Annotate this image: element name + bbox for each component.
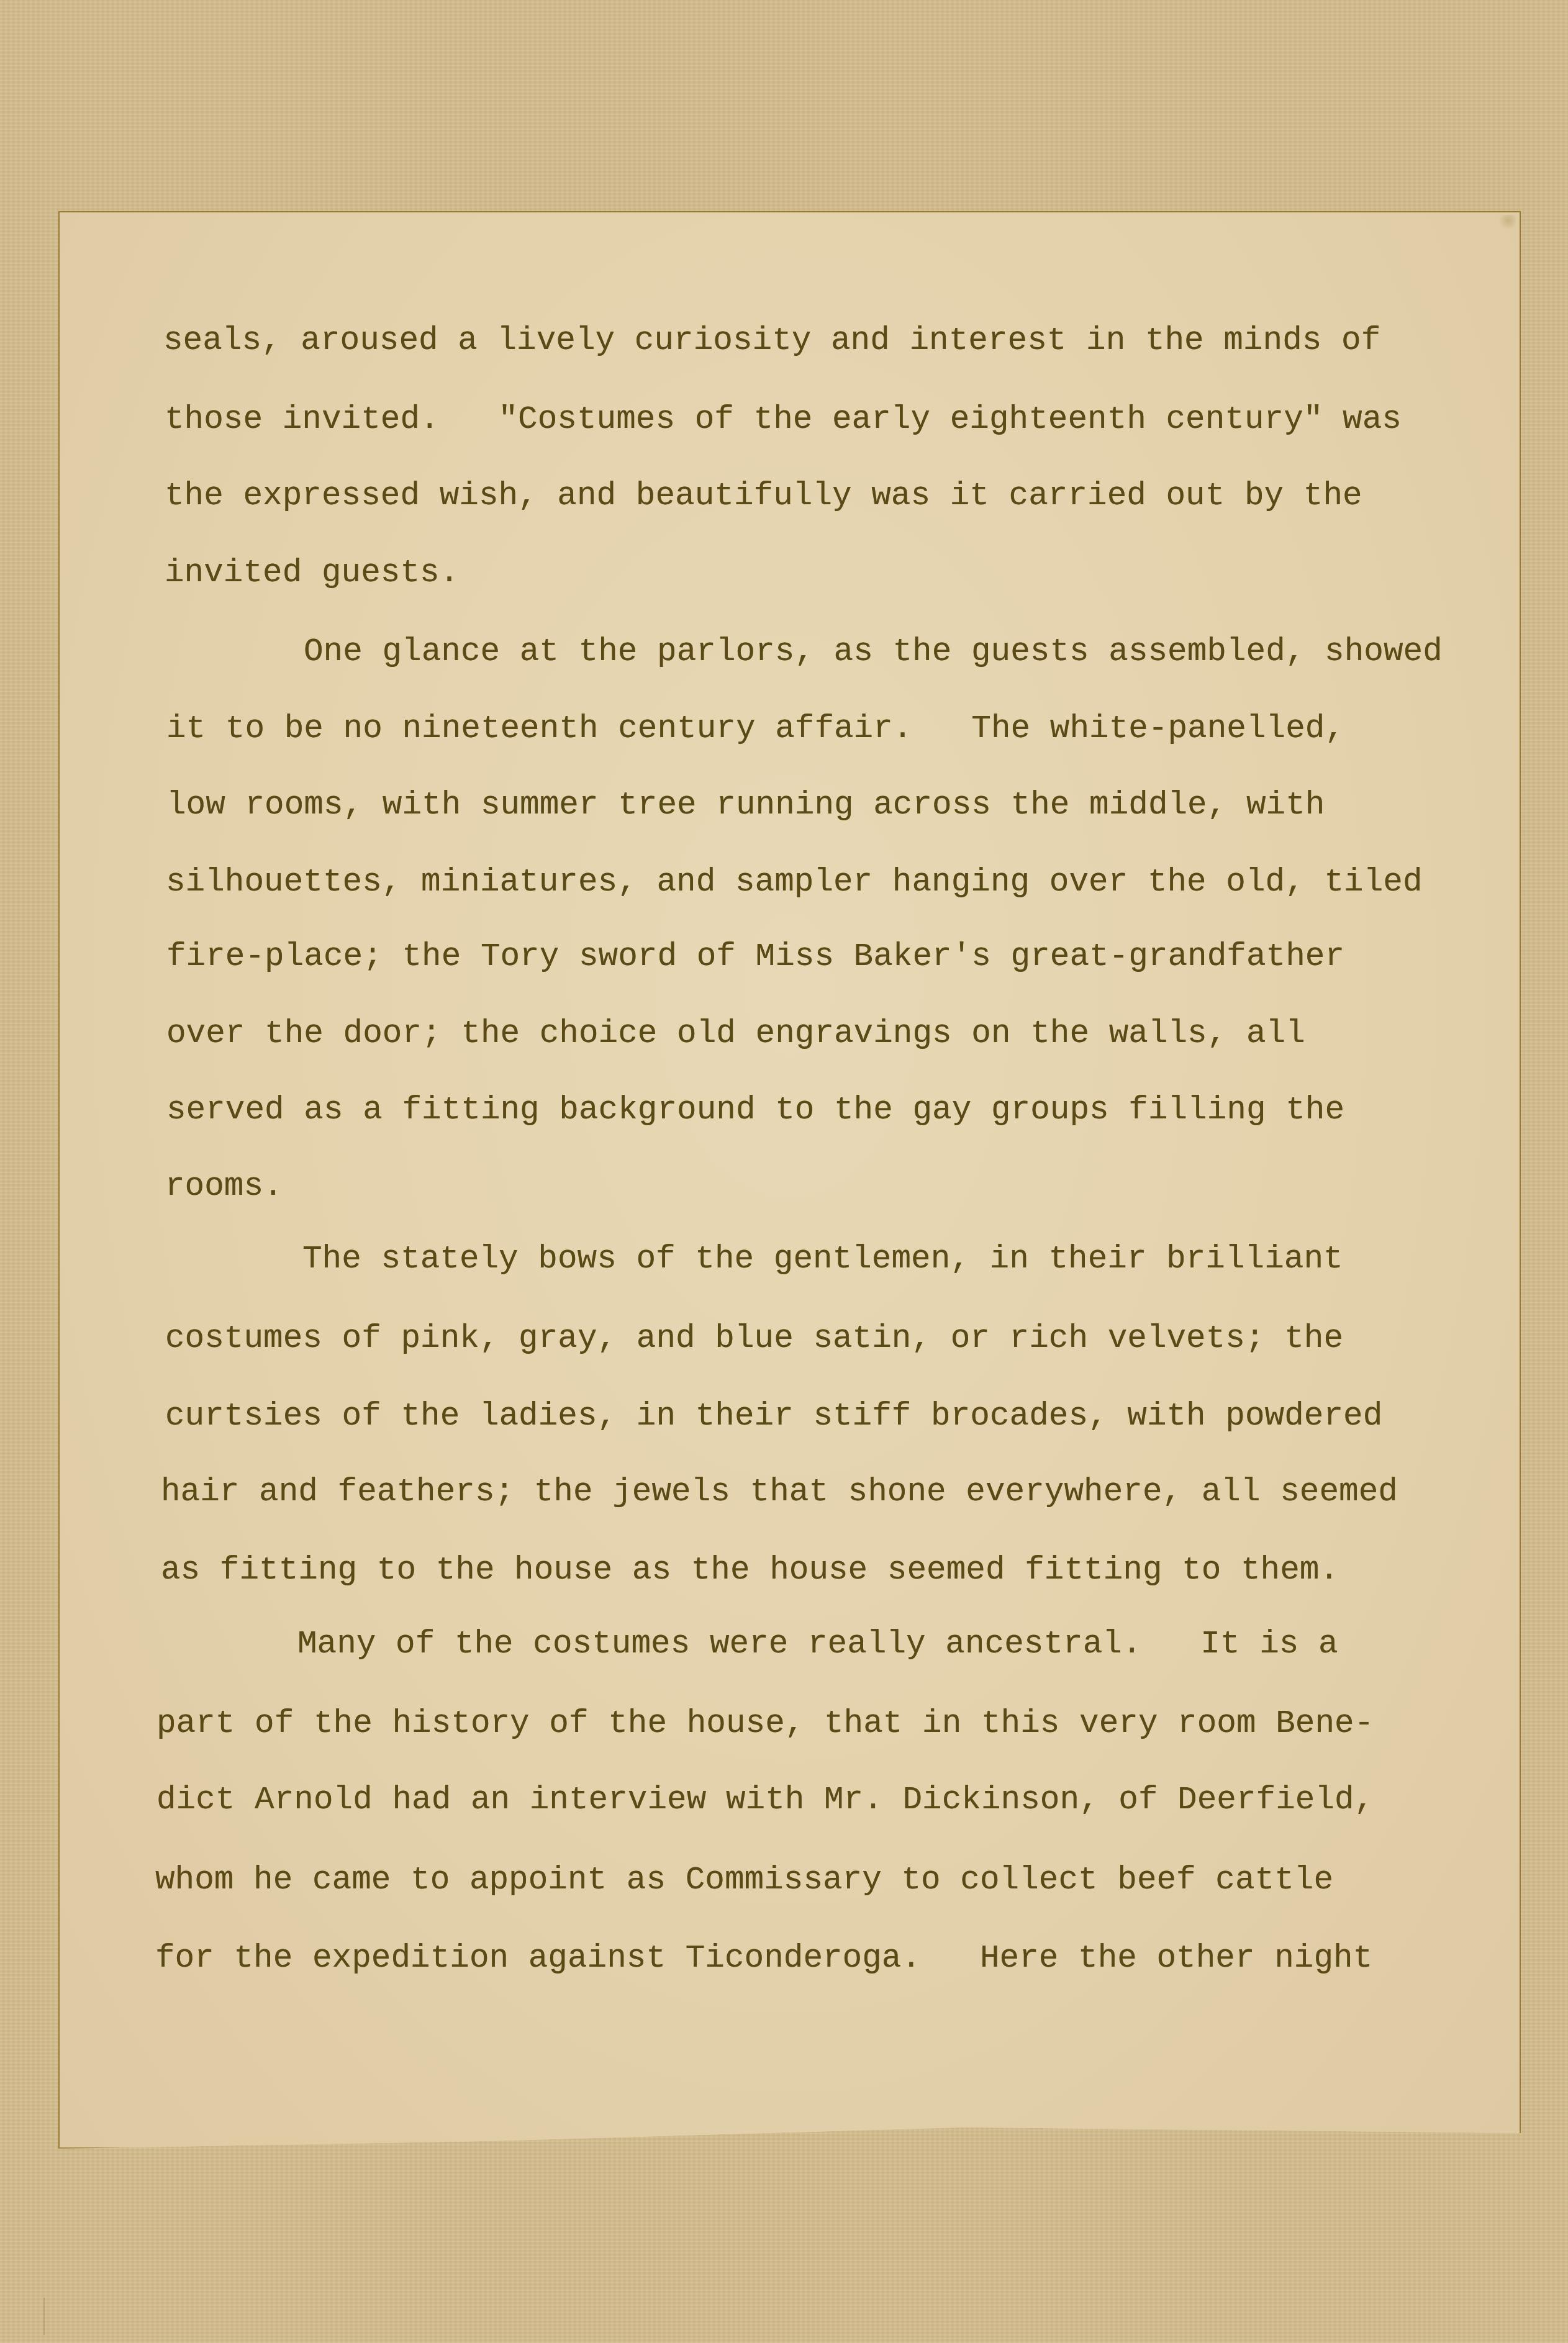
text-line: those invited. "Costumes of the early ei… [165,403,1402,436]
text-line: part of the history of the house, that i… [156,1707,1374,1740]
text-line: rooms. [165,1170,283,1203]
text-line: dict Arnold had an interview with Mr. Di… [156,1783,1374,1816]
text-line: curtsies of the ladies, in their stiff b… [165,1400,1382,1433]
text-line: as fitting to the house as the house see… [161,1554,1339,1587]
paragraph-start-line: Many of the costumes were really ancestr… [140,1628,1338,1661]
text-line: the expressed wish, and beautifully was … [165,479,1362,512]
paragraph-start-line: One glance at the parlors, as the guests… [147,635,1443,668]
text-line: served as a fitting background to the ga… [166,1094,1344,1126]
text-line: for the expedition against Ticonderoga. … [155,1942,1372,1975]
text-line: over the door; the choice old engravings… [166,1017,1305,1050]
text-line: costumes of pink, gray, and blue satin, … [165,1322,1343,1355]
text-line: low rooms, with summer tree running acro… [166,789,1325,822]
text-line: fire-place; the Tory sword of Miss Baker… [166,940,1344,973]
text-line: hair and feathers; the jewels that shone… [161,1475,1398,1508]
paragraph-start-line: The stately bows of the gentlemen, in th… [145,1243,1343,1276]
mat-scratch [43,2298,45,2335]
text-line: it to be no nineteenth century affair. T… [166,712,1344,745]
text-line: silhouettes, miniatures, and sampler han… [166,866,1423,899]
text-line: invited guests. [165,556,459,589]
text-line: whom he came to appoint as Commissary to… [155,1864,1333,1897]
paper-corner-wear [1497,215,1516,229]
text-line: seals, aroused a lively curiosity and in… [163,324,1380,357]
